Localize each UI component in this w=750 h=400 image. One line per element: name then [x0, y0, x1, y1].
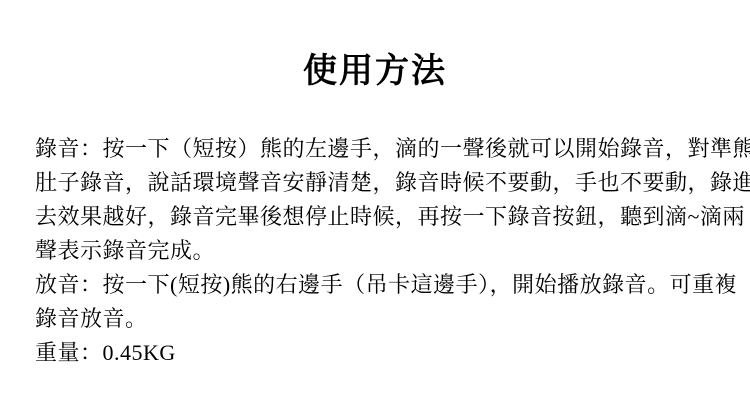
- text-line-playback-1: 放音：按一下(短按)熊的右邊手（吊卡這邊手），開始播放錄音。可重複: [35, 268, 719, 302]
- text-line-recording-3: 去效果越好，錄音完畢後想停止時候，再按一下錄音按鈕，聽到滴~滴兩: [35, 200, 719, 234]
- body-text: 錄音：按一下（短按）熊的左邊手，滴的一聲後就可以開始錄音，對準熊 肚子錄音，說話…: [35, 132, 719, 370]
- text-line-recording-1: 錄音：按一下（短按）熊的左邊手，滴的一聲後就可以開始錄音，對準熊: [35, 132, 719, 166]
- page-title: 使用方法: [0, 52, 750, 92]
- text-line-recording-2: 肚子錄音，說話環境聲音安靜清楚，錄音時候不要動，手也不要動，錄進: [35, 166, 719, 200]
- page: 使用方法 錄音：按一下（短按）熊的左邊手，滴的一聲後就可以開始錄音，對準熊 肚子…: [0, 0, 750, 400]
- text-line-playback-2: 錄音放音。: [35, 302, 719, 336]
- text-line-weight: 重量：0.45KG: [35, 336, 719, 370]
- text-line-recording-4: 聲表示錄音完成。: [35, 234, 719, 268]
